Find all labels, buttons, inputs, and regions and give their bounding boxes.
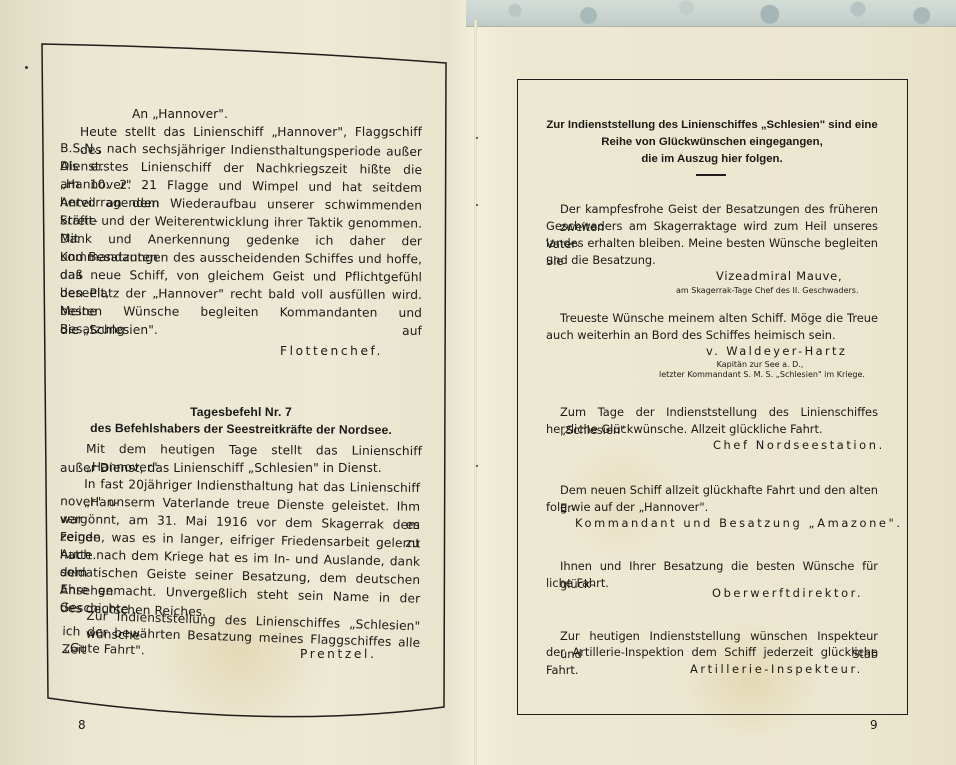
message-signature-note: am Skagerrak-Tage Chef des II. Geschwade… [676,285,859,296]
page-number-right: 9 [870,718,878,732]
speck [476,204,478,206]
order-line: „Gute Fahrt". [64,640,145,660]
order-subtitle: des Befehlshabers der Seestreitkräfte de… [60,420,422,440]
order-line: außer Dienst, das Linienschiff „Schlesie… [60,460,382,478]
order-signature: Prentzel. [300,646,376,664]
message-signature-note: letzter Kommandant S. M. S. „Schlesien" … [659,369,865,380]
letter-line: die „Schlesien". [60,322,158,340]
speck [476,465,478,467]
message-line: und die Besatzung. [546,252,656,270]
page-number-left: 8 [78,718,86,732]
message-signature: Oberwerftdirektor. [712,585,863,603]
letter-signature: Flottenchef. [280,343,383,361]
heading-line: Reihe von Glückwünschen eingegangen, [530,134,894,152]
order-title: Tagesbefehl Nr. 7 [60,404,422,422]
message-line: Treueste Wünsche meinem alten Schiff. Mö… [560,310,878,328]
heading-line: Zur Indienststellung des Linienschiffes … [530,117,894,135]
message-signature: Kommandant und Besatzung „Amazone". [575,515,903,533]
speck [476,137,478,139]
message-signature: Chef Nordseestation. [713,437,885,455]
message-line: auch weiterhin an Bord des Schiffes heim… [546,327,836,345]
message-signature: Vizeadmiral Mauve, [716,268,842,286]
message-line: folg wie auf der „Hannover". [546,499,708,517]
message-signature: v. Waldeyer-Hartz [706,343,847,361]
letter-title: An „Hannover". [132,106,228,124]
background-surface-strip [466,0,956,27]
message-line: liche Fahrt. [546,575,609,593]
heading-line: die im Auszug hier folgen. [530,151,894,169]
message-signature: Artillerie-Inspekteur. [690,661,863,679]
message-line: herzliche Glückwünsche. Allzeit glücklic… [546,421,823,439]
heading-divider [696,174,726,176]
